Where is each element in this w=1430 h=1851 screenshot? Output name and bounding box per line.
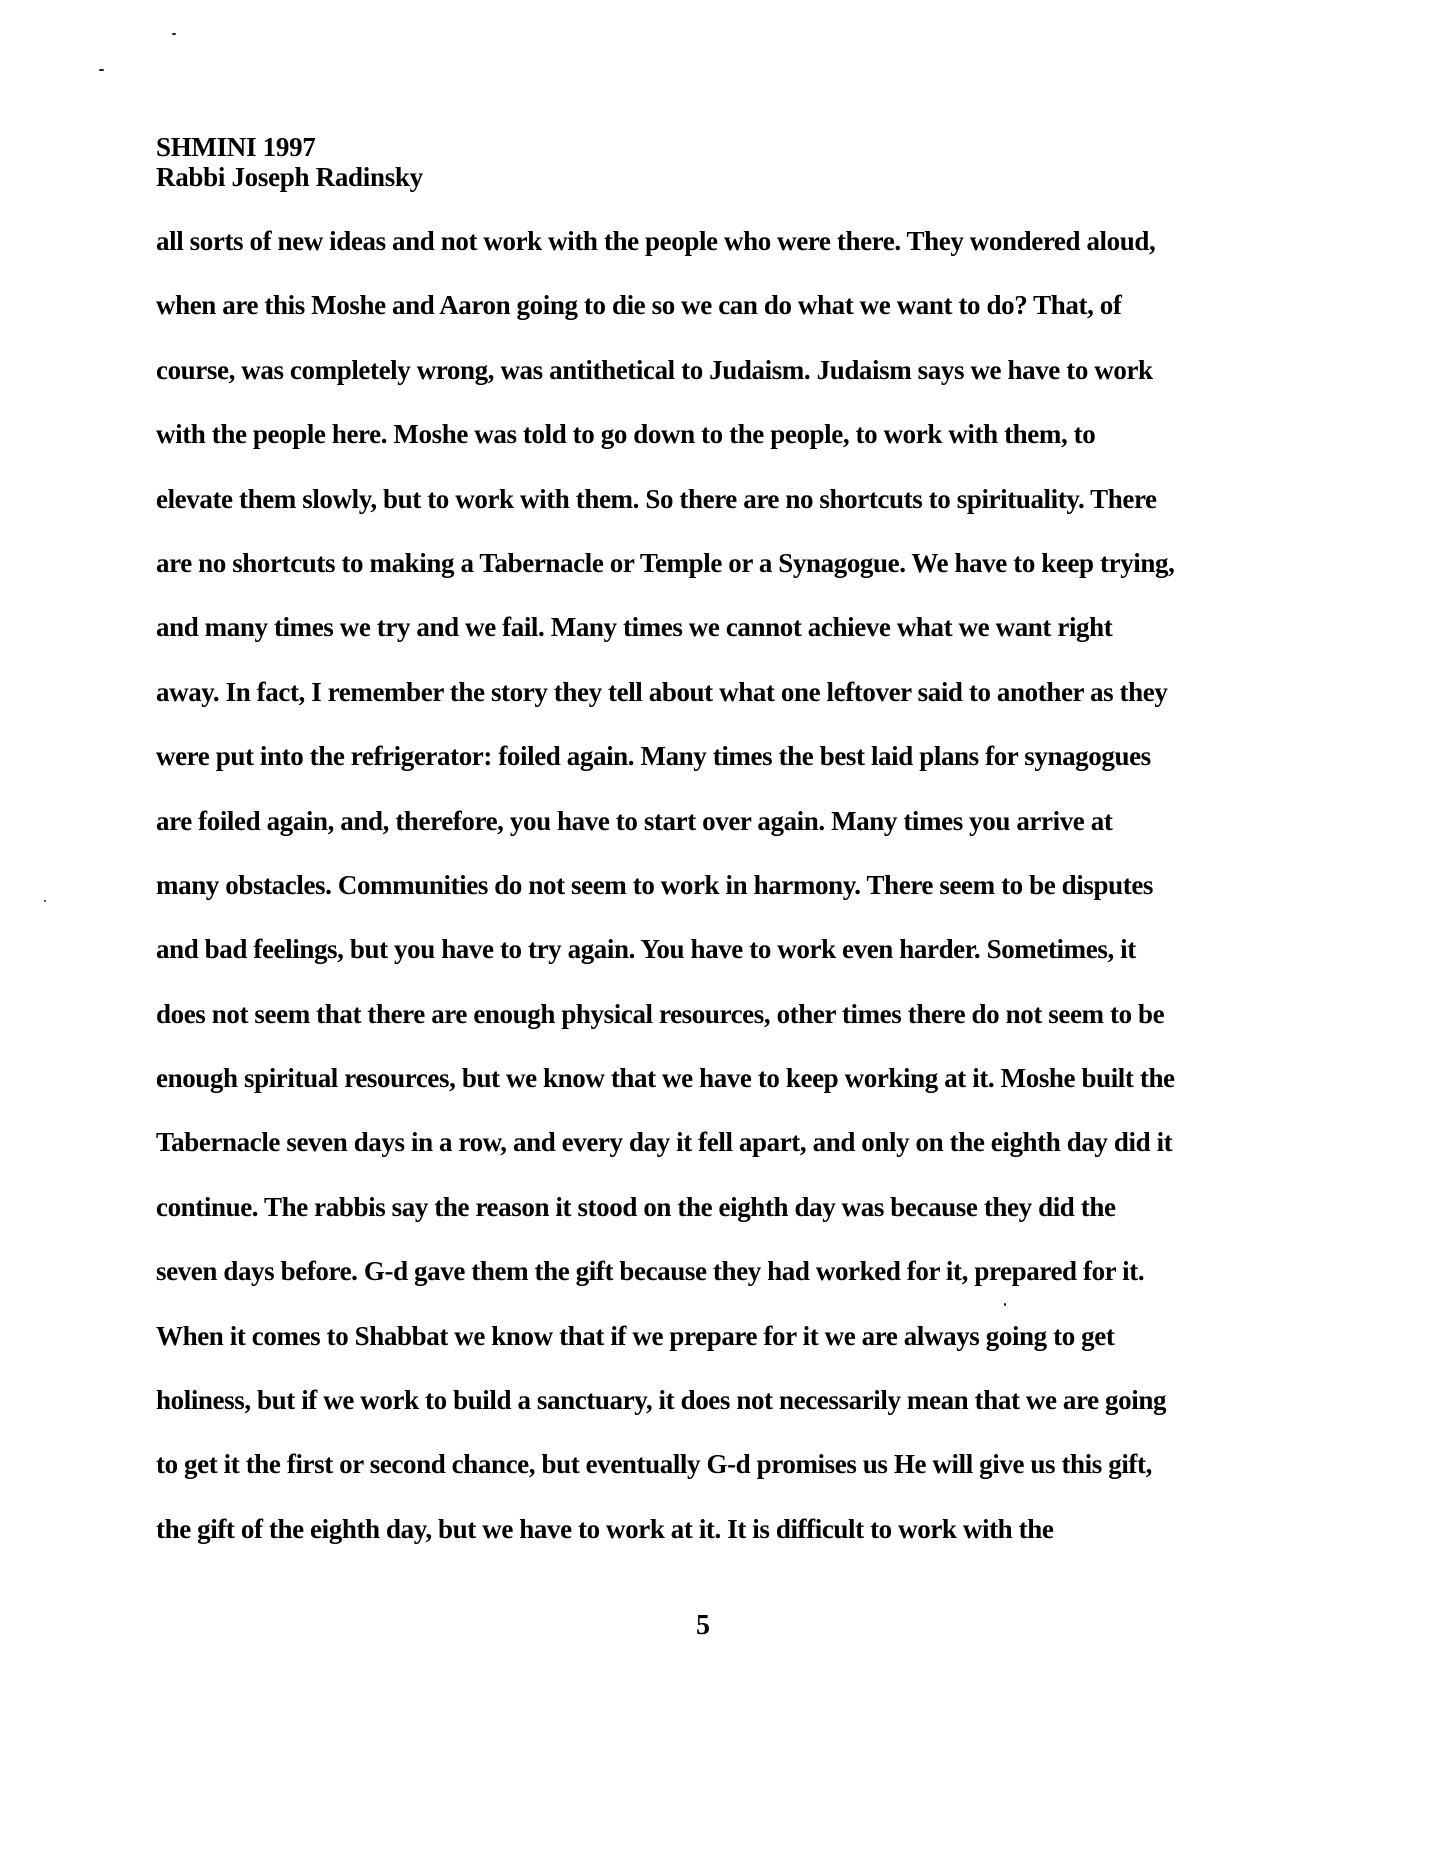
text-line: all sorts of new ideas and not work with… [156,223,1256,287]
scan-speck [99,69,104,71]
text-line: seven days before. G-d gave them the gif… [156,1253,1256,1317]
text-line: enough spiritual resources, but we know … [156,1060,1256,1124]
text-line: continue. The rabbis say the reason it s… [156,1189,1256,1253]
text-line: the gift of the eighth day, but we have … [156,1511,1256,1575]
document-author: Rabbi Joseph Radinsky [156,162,423,192]
text-line: to get it the first or second chance, bu… [156,1446,1256,1510]
text-line: many obstacles. Communities do not seem … [156,867,1256,931]
document-page: SHMINI 1997 Rabbi Joseph Radinsky all so… [0,0,1430,1851]
text-line: holiness, but if we work to build a sanc… [156,1382,1256,1446]
text-line: with the people here. Moshe was told to … [156,416,1256,480]
text-line: elevate them slowly, but to work with th… [156,481,1256,545]
text-line: course, was completely wrong, was antith… [156,352,1256,416]
text-line: away. In fact, I remember the story they… [156,674,1256,738]
text-line: does not seem that there are enough phys… [156,996,1256,1060]
text-line: and bad feelings, but you have to try ag… [156,931,1256,995]
page-number: 5 [690,1610,716,1642]
scan-speck [44,900,46,902]
document-title: SHMINI 1997 [156,132,423,162]
text-line: are foiled again, and, therefore, you ha… [156,803,1256,867]
text-line: and many times we try and we fail. Many … [156,609,1256,673]
scan-speck [172,33,176,35]
body-text: all sorts of new ideas and not work with… [156,223,1256,1575]
text-line: are no shortcuts to making a Tabernacle … [156,545,1256,609]
text-line: Tabernacle seven days in a row, and ever… [156,1124,1256,1188]
text-line: when are this Moshe and Aaron going to d… [156,287,1256,351]
document-header: SHMINI 1997 Rabbi Joseph Radinsky [156,132,423,192]
text-line: When it comes to Shabbat we know that if… [156,1318,1256,1382]
text-line: were put into the refrigerator: foiled a… [156,738,1256,802]
